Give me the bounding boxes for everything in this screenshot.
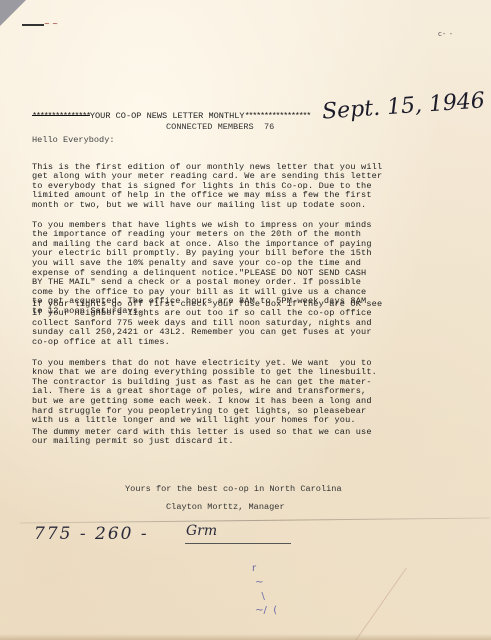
signature-line: Clayton Morttz, Manager	[166, 502, 285, 512]
handwritten-initials: Grm	[186, 523, 217, 539]
folded-corner	[0, 0, 26, 26]
newsletter-title: YOUR CO-OP NEWS LETTER MONTHLY	[90, 111, 245, 121]
text-line: our mailing permit so just discard it.	[32, 437, 372, 447]
paragraph-dummy-card: The dummy meter card with this letter is…	[32, 418, 372, 456]
corner-mark-right: c- -	[438, 30, 453, 38]
text-line: month or two, but we will have our maili…	[32, 201, 382, 211]
initials-underline	[185, 543, 291, 544]
page-bottom-edge	[0, 634, 491, 640]
heading-stars-right: *****************	[245, 111, 311, 121]
greeting: Hello Everybody:	[32, 135, 115, 145]
newsletter-subtitle: CONNECTED MEMBERS 76	[166, 122, 274, 132]
corner-mark-left: ~ ~	[44, 20, 58, 28]
newsletter-heading: ***************YOUR CO-OP NEWS LETTER MO…	[32, 111, 310, 121]
handwritten-numbers: 775 - 260 -	[34, 524, 149, 544]
pencil-marks: r ~ \ ~/ (	[252, 562, 277, 618]
paragraph-outages: If your lights go off first check your f…	[32, 290, 382, 357]
closing-line: Yours for the best co-op in North Caroli…	[125, 484, 342, 494]
heading-stars-left: ***************	[32, 111, 90, 121]
text-line: co-op office at all times.	[32, 338, 382, 348]
fold-edge	[22, 24, 44, 26]
